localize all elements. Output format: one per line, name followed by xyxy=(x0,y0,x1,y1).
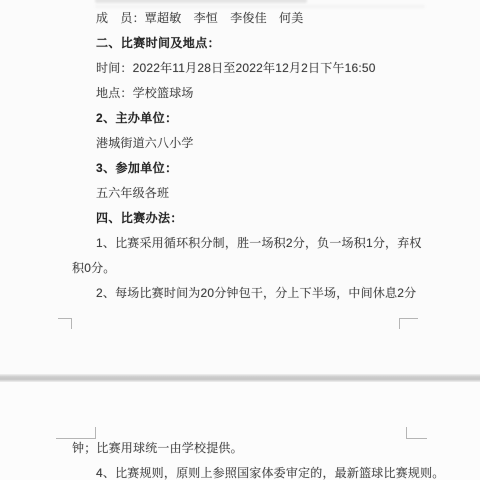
heading-participants: 3、参加单位： xyxy=(72,156,418,181)
page-2-text-block: 钟；比赛用球统一由学校提供。 4、比赛规则，原则上参照国家体委审定的，最新篮球比… xyxy=(72,436,418,480)
heading-competition-rules: 四、比赛办法： xyxy=(72,206,418,231)
organizer-line: 港城街道六八小学 xyxy=(72,131,418,156)
document-page-1: 成 员：覃超敏 李恒 李俊佳 何美 二、比赛时间及地点： 时间：2022年11月… xyxy=(0,0,480,374)
document-viewer[interactable]: 成 员：覃超敏 李恒 李俊佳 何美 二、比赛时间及地点： 时间：2022年11月… xyxy=(0,0,480,480)
rule-2-continuation: 钟；比赛用球统一由学校提供。 xyxy=(72,436,418,461)
document-page-2: 钟；比赛用球统一由学校提供。 4、比赛规则，原则上参照国家体委审定的，最新篮球比… xyxy=(0,382,480,480)
members-line: 成 员：覃超敏 李恒 李俊佳 何美 xyxy=(72,6,418,31)
time-line: 时间：2022年11月28日至2022年12月2日下午16:50 xyxy=(72,56,418,81)
cut-off-text-remnant xyxy=(95,0,307,3)
page-separator xyxy=(0,374,480,382)
margin-mark-bottom-left xyxy=(58,318,72,329)
rule-4-line: 4、比赛规则，原则上参照国家体委审定的，最新篮球比赛规则。 xyxy=(72,461,418,480)
heading-time-and-place: 二、比赛时间及地点： xyxy=(72,31,418,56)
page-1-text-block: 成 员：覃超敏 李恒 李俊佳 何美 二、比赛时间及地点： 时间：2022年11月… xyxy=(72,6,418,306)
rule-2-line: 2、每场比赛时间为20分钟包干，分上下半场，中间休息2分 xyxy=(72,281,418,306)
heading-organizer: 2、主办单位： xyxy=(72,106,418,131)
rule-1-continuation: 积0分。 xyxy=(72,256,418,281)
margin-mark-bottom-right xyxy=(399,318,418,329)
participants-line: 五六年级各班 xyxy=(72,181,418,206)
place-line: 地点：学校篮球场 xyxy=(72,81,418,106)
rule-1-line: 1、比赛采用循环积分制，胜一场积2分，负一场积1分，弃权 xyxy=(72,231,418,256)
